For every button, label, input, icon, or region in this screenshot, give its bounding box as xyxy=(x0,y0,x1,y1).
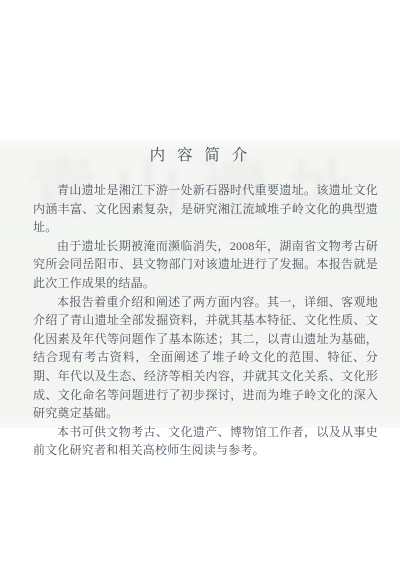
summary-paragraph-3: 本报告着重介绍和阐述了两方面内容。其一，详细、客观地介绍了青山遗址全部发掘资料，… xyxy=(33,293,378,423)
screenshot-canvas: 青山遗址 内 容 简 介 青山遗址是湘江下游一处新石器时代重要遗址。该遗址文化内… xyxy=(0,0,400,564)
scanned-book-page: 青山遗址 内 容 简 介 青山遗址是湘江下游一处新石器时代重要遗址。该遗址文化内… xyxy=(0,140,400,428)
content-summary-title: 内 容 简 介 xyxy=(0,147,400,164)
summary-paragraph-1: 青山遗址是湘江下游一处新石器时代重要遗址。该遗址文化内涵丰富、文化因素复杂，是研… xyxy=(33,181,378,237)
summary-paragraph-4: 本书可供文物考古、文化遗产、博物馆工作者，以及从事史前文化研究者和相关高校师生阅… xyxy=(33,423,378,460)
summary-text-block: 青山遗址是湘江下游一处新石器时代重要遗址。该遗址文化内涵丰富、文化因素复杂，是研… xyxy=(33,181,378,460)
summary-paragraph-2: 由于遗址长期被淹而濒临消失，2008年，湖南省文物考古研究所会同岳阳市、县文物部… xyxy=(33,237,378,293)
